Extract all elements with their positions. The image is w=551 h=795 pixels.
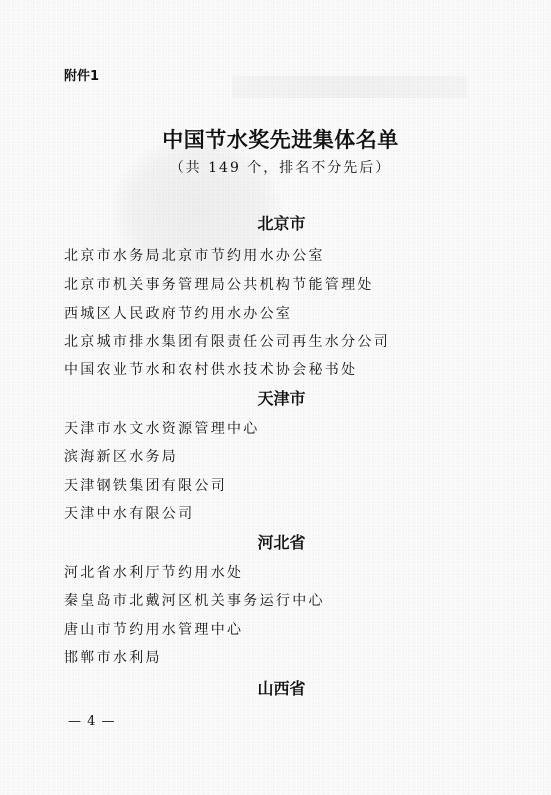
faint-header-watermark [232, 76, 467, 98]
document-title: 中国节水奖先进集体名单 [0, 124, 551, 154]
document-subtitle: （共 149 个，排名不分先后） [0, 157, 551, 177]
list-item: 北京市机关事务管理局公共机构节能管理处 [64, 274, 374, 294]
region-heading-tianjin: 天津市 [0, 386, 551, 409]
region-heading-hebei: 河北省 [0, 530, 551, 553]
list-item: 西城区人民政府节约用水办公室 [64, 303, 292, 323]
page-number: — 4 — [68, 714, 116, 729]
attachment-label: 附件1 [64, 65, 99, 84]
list-item: 天津中水有限公司 [64, 503, 194, 523]
list-item: 滨海新区水务局 [64, 446, 178, 466]
region-heading-shanxi: 山西省 [0, 676, 551, 699]
list-item: 北京城市排水集团有限责任公司再生水分公司 [64, 331, 390, 351]
list-item: 天津市水文水资源管理中心 [64, 418, 260, 438]
list-item: 秦皇岛市北戴河区机关事务运行中心 [64, 590, 325, 610]
list-item: 天津钢铁集团有限公司 [64, 475, 227, 495]
list-item: 邯郸市水利局 [64, 647, 162, 667]
list-item: 河北省水利厅节约用水处 [64, 562, 243, 582]
list-item: 北京市水务局北京市节约用水办公室 [64, 245, 325, 265]
region-heading-beijing: 北京市 [0, 211, 551, 234]
list-item: 唐山市节约用水管理中心 [64, 619, 243, 639]
list-item: 中国农业节水和农村供水技术协会秘书处 [64, 359, 357, 379]
